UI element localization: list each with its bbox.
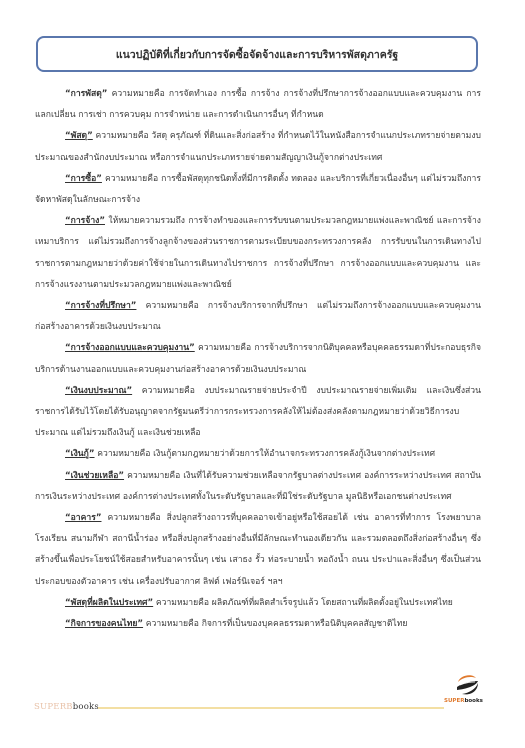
definition-paragraph: “อาคาร” ความหมายคือ สิ่งปลูกสร้างถาวรที่… (35, 508, 481, 593)
definition-text: ให้หมายความรวมถึง การจ้างทำของและการรับข… (35, 216, 481, 290)
definition-term: “การจ้าง” (65, 216, 105, 226)
logo-books: books (464, 698, 482, 704)
definition-paragraph: “เงินช่วยเหลือ” ความหมายคือ เงินที่ได้รั… (35, 466, 481, 508)
swoosh-logo-icon (454, 672, 480, 698)
page-footer: SUPERBbooks SUPERbooks (34, 690, 454, 724)
definition-term: “การจ้างออกแบบและควบคุมงาน” (65, 343, 195, 353)
definition-paragraph: “พัสดุที่ผลิตในประเทศ” ความหมายคือ ผลิตภ… (35, 593, 481, 614)
definition-term: “เงินงบประมาณ” (65, 386, 132, 396)
definition-term: “พัสดุที่ผลิตในประเทศ” (65, 598, 153, 608)
definition-term: “เงินช่วยเหลือ” (65, 471, 124, 481)
definition-term: “การซื้อ” (65, 174, 102, 184)
definition-text: ความหมายคือ สิ่งปลูกสร้างถาวรที่บุคคลอาจ… (35, 513, 481, 587)
definition-paragraph: “การจ้างออกแบบและควบคุมงาน” ความหมายคือ … (35, 338, 481, 380)
footer-brand-text: SUPERBbooks (34, 702, 99, 712)
definition-paragraph: “พัสดุ” ความหมายคือ วัสดุ ครุภัณฑ์ ที่ดิ… (35, 126, 481, 168)
definition-paragraph: “การซื้อ” ความหมายคือ การซื้อพัสดุทุกชนิ… (35, 169, 481, 211)
page-title: แนวปฏิบัติที่เกี่ยวกับการจัดซื้อจัดจ้างแ… (116, 46, 398, 63)
definition-paragraph: “การพัสดุ” ความหมายคือ การจัดทำเอง การซื… (35, 84, 481, 126)
definition-text: ความหมายคือ วัสดุ ครุภัณฑ์ ที่ดินและสิ่ง… (35, 131, 481, 162)
definition-term: “พัสดุ” (65, 131, 93, 141)
definition-text: ความหมายคือ ผลิตภัณฑ์ที่ผลิตสำเร็จรูปแล้… (153, 598, 453, 608)
definition-term: “เงินกู้” (65, 449, 95, 459)
title-box: แนวปฏิบัติที่เกี่ยวกับการจัดซื้อจัดจ้างแ… (36, 36, 478, 72)
definition-paragraph: “เงินกู้” ความหมายคือ เงินกู้ตามกฎหมายว่… (35, 444, 481, 465)
definition-term: “กิจการของคนไทย” (65, 619, 143, 629)
definition-text: ความหมายคือ กิจการที่เป็นของบุคคลธรรมดาห… (143, 619, 407, 629)
definition-term: “อาคาร” (65, 513, 101, 523)
definition-paragraph: “การจ้าง” ให้หมายความรวมถึง การจ้างทำของ… (35, 211, 481, 296)
definition-paragraph: “กิจการของคนไทย” ความหมายคือ กิจการที่เป… (35, 614, 481, 635)
definitions-content: “การพัสดุ” ความหมายคือ การจัดทำเอง การซื… (35, 84, 481, 635)
brand-books: books (73, 702, 99, 712)
brand-super: SUPERB (34, 702, 73, 712)
logo-super: SUPER (444, 698, 464, 704)
superbooks-logo: SUPERbooks (444, 670, 488, 720)
definition-term: “การพัสดุ” (65, 89, 107, 99)
definition-paragraph: “การจ้างที่ปรึกษา” ความหมายคือ การจ้างบร… (35, 296, 481, 338)
definition-term: “การจ้างที่ปรึกษา” (65, 301, 136, 311)
footer-divider (98, 707, 444, 709)
definition-paragraph: “เงินงบประมาณ” ความหมายคือ งบประมาณรายจ่… (35, 381, 481, 445)
logo-wordmark: SUPERbooks (444, 698, 483, 704)
definition-text: ความหมายคือ การซื้อพัสดุทุกชนิดทั้งที่มี… (35, 174, 481, 205)
definition-text: ความหมายคือ เงินกู้ตามกฎหมายว่าด้วยการให… (95, 449, 436, 459)
